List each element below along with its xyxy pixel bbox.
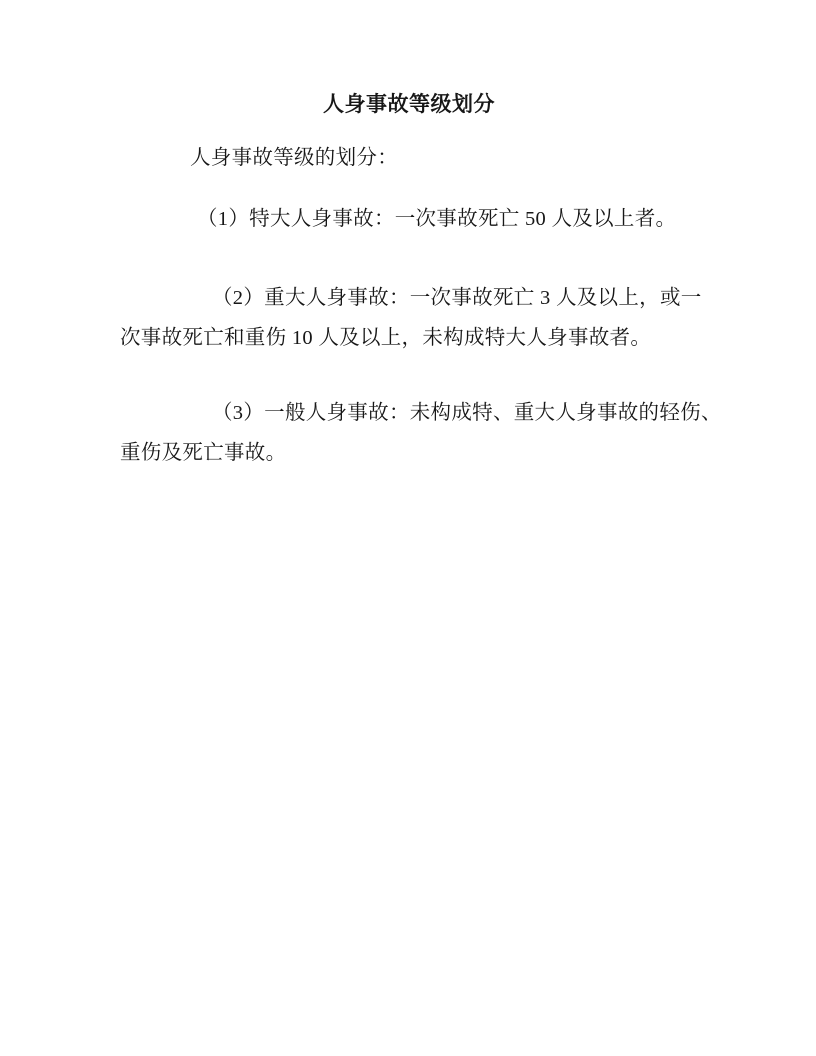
paragraph-intro: 人身事故等级的划分： — [120, 138, 698, 178]
text-line: （2）重大人身事故：一次事故死亡 3 人及以上，或一 — [120, 278, 698, 318]
paragraph-item3: （3）一般人身事故：未构成特、重大人身事故的轻伤、 重伤及死亡事故。 — [120, 393, 698, 473]
text-line: 重伤及死亡事故。 — [120, 433, 698, 473]
text-line: 次事故死亡和重伤 10 人及以上，未构成特大人身事故者。 — [120, 318, 698, 358]
document-content: 人身事故等级划分 人身事故等级的划分： （1）特大人身事故：一次事故死亡 50 … — [120, 84, 698, 473]
paragraph-item2: （2）重大人身事故：一次事故死亡 3 人及以上，或一 次事故死亡和重伤 10 人… — [120, 278, 698, 358]
document-title: 人身事故等级划分 — [120, 84, 698, 124]
text-line: （3）一般人身事故：未构成特、重大人身事故的轻伤、 — [120, 393, 698, 433]
document-page: 人身事故等级划分 人身事故等级的划分： （1）特大人身事故：一次事故死亡 50 … — [0, 0, 816, 1056]
paragraph-item1: （1）特大人身事故：一次事故死亡 50 人及以上者。 — [120, 199, 698, 239]
text-line: （1）特大人身事故：一次事故死亡 50 人及以上者。 — [120, 199, 698, 239]
text-line: 人身事故等级的划分： — [120, 138, 698, 178]
